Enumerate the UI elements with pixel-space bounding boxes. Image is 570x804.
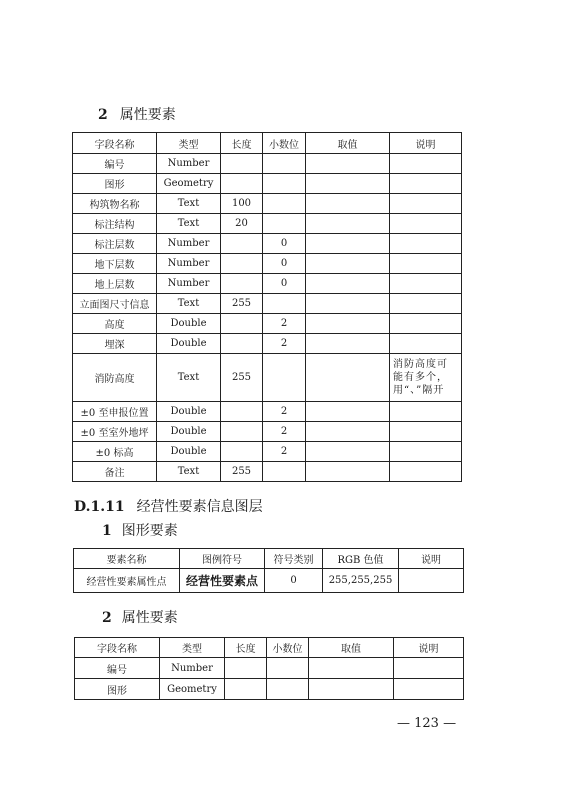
table-cell <box>399 569 464 593</box>
table-cell: 备注 <box>73 462 157 482</box>
header-cell: 类型 <box>160 638 225 658</box>
table-cell: 图形 <box>75 679 160 700</box>
table-cell: Number <box>157 254 221 274</box>
header-cell: 说明 <box>399 549 464 569</box>
table-cell: 2 <box>263 442 306 462</box>
table-cell: 0 <box>263 274 306 294</box>
table-row: 编号Number <box>73 154 462 174</box>
table-row: ±0 至室外地坪Double2 <box>73 422 462 442</box>
table-cell <box>309 658 394 679</box>
table-cell: Geometry <box>157 174 221 194</box>
table-row: 标注结构Text20 <box>73 214 462 234</box>
header-cell: 小数位 <box>267 638 309 658</box>
table-cell <box>390 462 462 482</box>
table-row: 消防高度Text255消防高度可能有多个，用“、”隔开 <box>73 354 462 402</box>
table-cell <box>221 402 263 422</box>
table-cell: 0 <box>263 234 306 254</box>
attribute-table-1: 字段名称 类型 长度 小数位 取值 说明 编号Number 图形Geometry… <box>72 132 462 482</box>
header-cell: 小数位 <box>263 133 306 154</box>
table-row: 备注Text255 <box>73 462 462 482</box>
table-cell <box>306 154 390 174</box>
table-cell <box>263 214 306 234</box>
table-cell <box>390 194 462 214</box>
header-cell: 取值 <box>306 133 390 154</box>
table-cell <box>221 154 263 174</box>
table-cell <box>267 658 309 679</box>
table-cell: ±0 至申报位置 <box>73 402 157 422</box>
table-cell <box>394 658 464 679</box>
page-number: — 123 — <box>397 716 456 731</box>
table-cell <box>390 422 462 442</box>
header-cell: 取值 <box>309 638 394 658</box>
table-cell: Number <box>157 274 221 294</box>
table-cell: 0 <box>263 254 306 274</box>
table-cell: ±0 标高 <box>73 442 157 462</box>
table-cell <box>306 234 390 254</box>
table-row: 立面图尺寸信息Text255 <box>73 294 462 314</box>
table-cell: Text <box>157 354 221 402</box>
table-cell <box>306 194 390 214</box>
table-cell <box>390 274 462 294</box>
header-cell: 类型 <box>157 133 221 154</box>
table-cell <box>390 214 462 234</box>
table-cell <box>390 154 462 174</box>
section-heading-attributes-2: 2属性要素 <box>102 607 178 627</box>
section-number: 2 <box>102 610 112 626</box>
table-cell <box>394 679 464 700</box>
table-cell <box>306 254 390 274</box>
table-header-row: 字段名称 类型 长度 小数位 取值 说明 <box>73 133 462 154</box>
table-cell <box>390 442 462 462</box>
table-cell: 图形 <box>73 174 157 194</box>
header-cell: 字段名称 <box>73 133 157 154</box>
table-cell <box>306 354 390 402</box>
table-row: ±0 标高Double2 <box>73 442 462 462</box>
section-heading-graphics: 1图形要素 <box>102 520 178 540</box>
table-cell <box>306 174 390 194</box>
header-cell: 符号类别 <box>265 549 323 569</box>
note-cell: 消防高度可能有多个，用“、”隔开 <box>390 354 462 402</box>
header-cell: 说明 <box>390 133 462 154</box>
table-cell: 255,255,255 <box>323 569 399 593</box>
header-cell: 长度 <box>225 638 267 658</box>
table-cell <box>221 274 263 294</box>
section-heading-attributes: 2属性要素 <box>98 104 176 124</box>
table-cell: Double <box>157 422 221 442</box>
legend-symbol: 经营性要素点 <box>180 569 265 593</box>
table-cell <box>221 174 263 194</box>
table-cell <box>225 658 267 679</box>
section-title: 属性要素 <box>122 610 178 626</box>
table-row: 经营性要素属性点 经营性要素点 0 255,255,255 <box>74 569 464 593</box>
table-cell <box>390 254 462 274</box>
table-cell: 2 <box>263 402 306 422</box>
table-row: 高度Double2 <box>73 314 462 334</box>
table-cell <box>306 422 390 442</box>
table-cell: 标注结构 <box>73 214 157 234</box>
table-cell: 经营性要素属性点 <box>74 569 180 593</box>
table-row: 构筑物名称Text100 <box>73 194 462 214</box>
table-header-row: 要素名称 图例符号 符号类别 RGB 色值 说明 <box>74 549 464 569</box>
table-cell: Double <box>157 402 221 422</box>
table-cell: 255 <box>221 354 263 402</box>
table-cell: Text <box>157 194 221 214</box>
table-cell: Number <box>160 658 225 679</box>
table-cell <box>225 679 267 700</box>
table-cell <box>390 314 462 334</box>
table-cell: 标注层数 <box>73 234 157 254</box>
table-cell: 埋深 <box>73 334 157 354</box>
header-cell: RGB 色值 <box>323 549 399 569</box>
table-cell: 高度 <box>73 314 157 334</box>
section-title: 属性要素 <box>120 107 176 123</box>
table-row: 图形Geometry <box>73 174 462 194</box>
table-cell: 地下层数 <box>73 254 157 274</box>
table-cell <box>306 294 390 314</box>
table-row: 图形Geometry <box>75 679 464 700</box>
table-cell <box>263 194 306 214</box>
table-cell: ±0 至室外地坪 <box>73 422 157 442</box>
table-cell <box>306 442 390 462</box>
table-cell: 地上层数 <box>73 274 157 294</box>
table-cell <box>306 462 390 482</box>
table-cell: Number <box>157 154 221 174</box>
table-cell: Text <box>157 214 221 234</box>
table-cell: 100 <box>221 194 263 214</box>
section-number: 1 <box>102 523 112 539</box>
header-cell: 要素名称 <box>74 549 180 569</box>
table-cell <box>263 174 306 194</box>
header-cell: 字段名称 <box>75 638 160 658</box>
table-cell <box>306 334 390 354</box>
graphic-element-table: 要素名称 图例符号 符号类别 RGB 色值 说明 经营性要素属性点 经营性要素点… <box>73 548 464 593</box>
table-row: 标注层数Number0 <box>73 234 462 254</box>
table-cell <box>263 462 306 482</box>
table-cell: 消防高度 <box>73 354 157 402</box>
table-cell <box>390 174 462 194</box>
table-cell: Double <box>157 442 221 462</box>
table-cell: Double <box>157 334 221 354</box>
table-cell <box>306 274 390 294</box>
table-cell: 20 <box>221 214 263 234</box>
table-cell <box>263 294 306 314</box>
table-cell: 立面图尺寸信息 <box>73 294 157 314</box>
table-cell <box>263 154 306 174</box>
table-cell <box>263 354 306 402</box>
chapter-title: 经营性要素信息图层 <box>137 499 263 515</box>
table-cell <box>221 314 263 334</box>
table-cell: 构筑物名称 <box>73 194 157 214</box>
table-header-row: 字段名称 类型 长度 小数位 取值 说明 <box>75 638 464 658</box>
table-row: 地上层数Number0 <box>73 274 462 294</box>
table-cell: 2 <box>263 422 306 442</box>
table-cell: 编号 <box>75 658 160 679</box>
table-cell: Text <box>157 294 221 314</box>
table-cell <box>390 334 462 354</box>
table-cell: 编号 <box>73 154 157 174</box>
section-number: 2 <box>98 107 108 123</box>
table-cell <box>306 402 390 422</box>
table-cell: 255 <box>221 294 263 314</box>
attribute-table-2: 字段名称 类型 长度 小数位 取值 说明 编号Number 图形Geometry <box>74 637 464 700</box>
header-cell: 说明 <box>394 638 464 658</box>
table-cell <box>306 214 390 234</box>
table-cell: Number <box>157 234 221 254</box>
table-row: ±0 至申报位置Double2 <box>73 402 462 422</box>
table-cell: Geometry <box>160 679 225 700</box>
chapter-heading: D.1.11经营性要素信息图层 <box>74 496 263 516</box>
table-cell <box>221 334 263 354</box>
table-cell: 255 <box>221 462 263 482</box>
table-cell: Text <box>157 462 221 482</box>
table-cell: Double <box>157 314 221 334</box>
table-row: 埋深Double2 <box>73 334 462 354</box>
table-cell: 2 <box>263 314 306 334</box>
table-cell <box>221 234 263 254</box>
section-title: 图形要素 <box>122 523 178 539</box>
table-cell <box>306 314 390 334</box>
table-cell: 2 <box>263 334 306 354</box>
chapter-number: D.1.11 <box>74 499 125 515</box>
table-cell <box>390 234 462 254</box>
table-cell <box>221 442 263 462</box>
header-cell: 图例符号 <box>180 549 265 569</box>
table-cell: 0 <box>265 569 323 593</box>
table-cell <box>390 402 462 422</box>
table-cell <box>221 254 263 274</box>
table-cell <box>221 422 263 442</box>
table-cell <box>390 294 462 314</box>
header-cell: 长度 <box>221 133 263 154</box>
table-cell <box>309 679 394 700</box>
table-cell <box>267 679 309 700</box>
table-row: 编号Number <box>75 658 464 679</box>
table-row: 地下层数Number0 <box>73 254 462 274</box>
